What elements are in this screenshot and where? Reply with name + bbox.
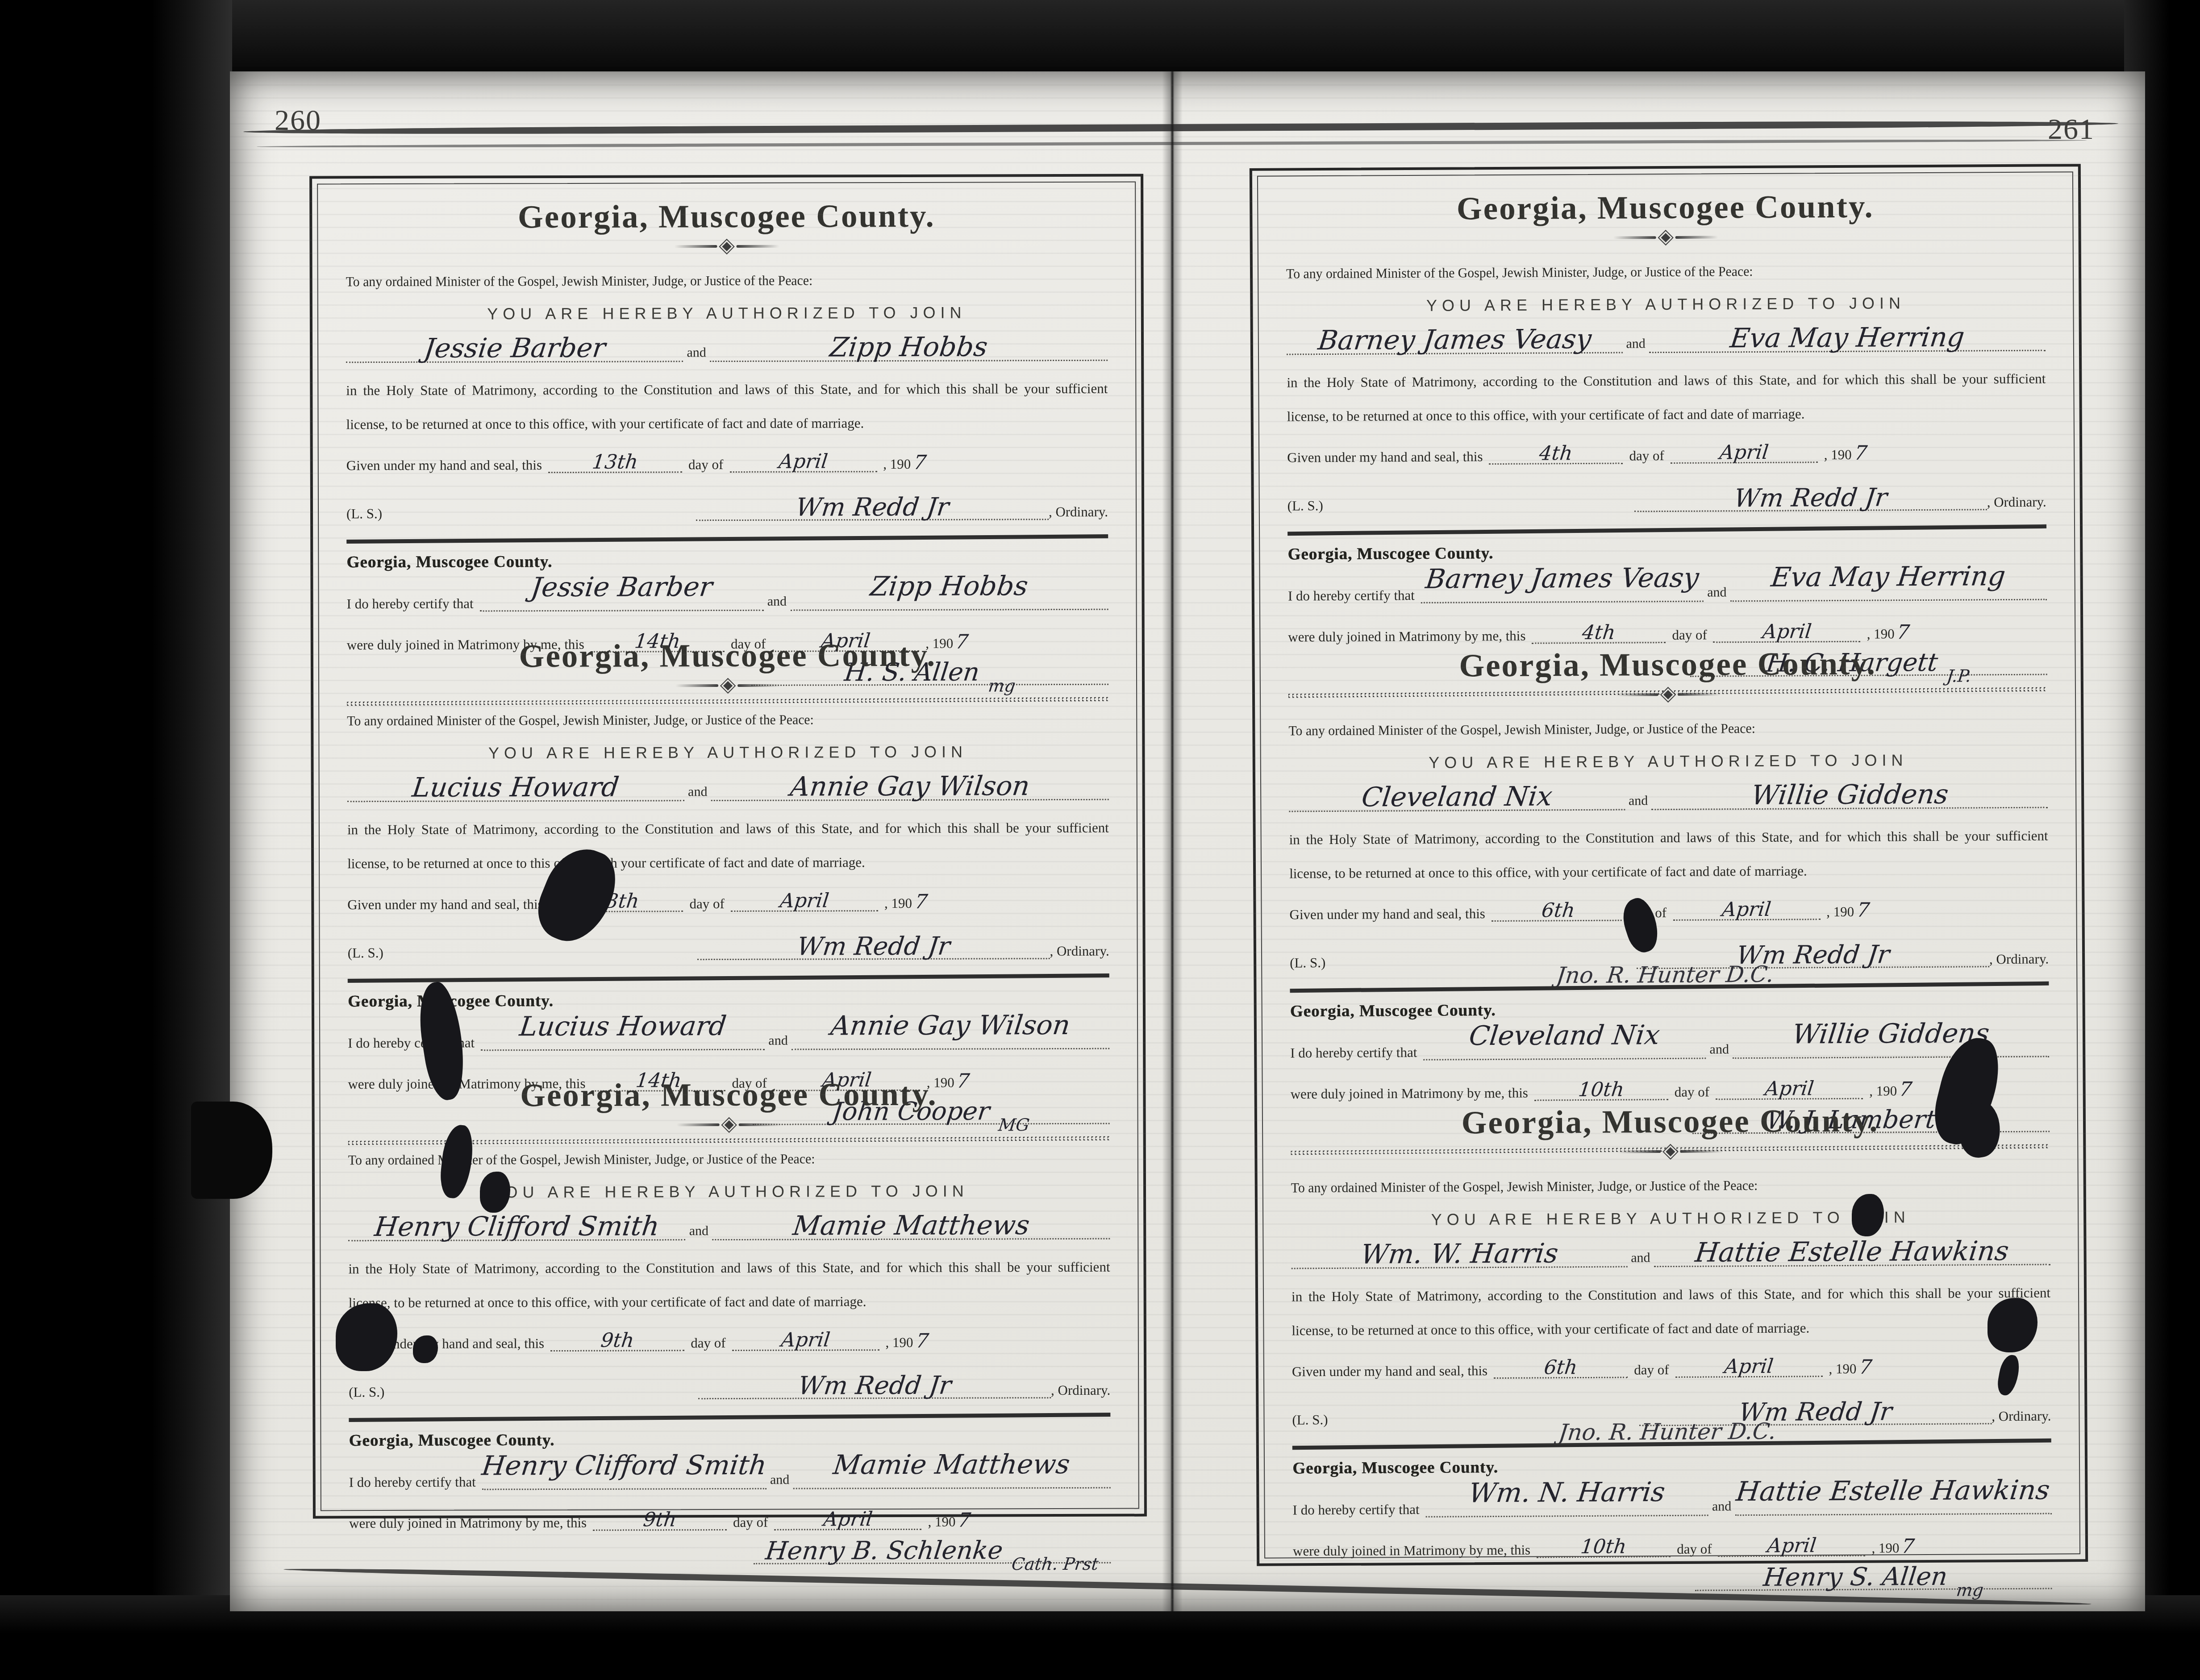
ornament-line-right	[738, 1123, 781, 1126]
marriage-record: Georgia, Muscogee County. To any ordaine…	[1286, 175, 2047, 636]
license-day: 13th	[591, 453, 639, 472]
ordinary-signature-wrap: Wm Redd Jr	[696, 495, 1049, 521]
minister-title: mg	[1955, 1582, 1984, 1598]
seal-label: (L. S.)	[1290, 955, 1325, 971]
scanned-register-page: 260 261 Georgia, Muscogee County. To any…	[0, 0, 2200, 1680]
deputy-clerk-signature: Jno. R. Hunter D.C.	[1558, 1421, 1777, 1443]
ordinary-label: , Ordinary.	[1050, 943, 1109, 959]
ornament-diamond	[722, 241, 731, 251]
and-label: and	[1629, 793, 1648, 808]
ordinary-signature: Wm Redd Jr	[797, 1374, 953, 1398]
bride-name: Mamie Matthews	[791, 1213, 1030, 1239]
license-date-row: Given under my hand and seal, this 6th d…	[1292, 1354, 2051, 1380]
marriage-record: Georgia, Muscogee County. To any ordaine…	[347, 624, 1110, 1065]
groom-name: Henry Clifford Smith	[373, 1214, 661, 1240]
certificate-band: Georgia, Muscogee County.	[1290, 998, 2049, 1021]
license-certificate-divider	[1287, 524, 2046, 536]
groom-name-field: Jessie Barber	[346, 324, 683, 363]
license-body-line2: license, to be returned at once to this …	[347, 854, 1109, 872]
ordinary-signature-field: Wm Redd Jr	[1634, 485, 1987, 512]
ornament-line-right	[1680, 1150, 1723, 1153]
license-year-digit: 7	[1858, 1358, 1873, 1377]
given-label: Given under my hand and seal, this	[1287, 449, 1483, 466]
license-month: April	[1719, 443, 1770, 462]
ordinary-signature-field: Wm Redd Jr	[696, 495, 1049, 521]
ornament-line-right	[1675, 236, 1718, 239]
given-label: Given under my hand and seal, this	[1289, 906, 1485, 923]
certificate-band: Georgia, Muscogee County.	[349, 1429, 1110, 1450]
certificate-bride-field: Eva May Herring	[1730, 580, 2047, 602]
license-day-field: 6th	[1494, 1356, 1628, 1379]
seal-signature-row: (L. S.) Wm Redd Jr , Ordinary.	[1287, 485, 2046, 514]
year-prefix-label: , 190	[883, 456, 911, 472]
certificate-date-row: were duly joined in Matrimony by me, thi…	[1293, 1533, 2052, 1559]
groom-name: Jessie Barber	[422, 336, 607, 362]
certificate-groom-name: Cleveland Nix	[1468, 1023, 1661, 1049]
authorization-line: YOU ARE HEREBY AUTHORIZED TO JOIN	[1289, 750, 2048, 773]
license-month: April	[780, 1331, 831, 1350]
bride-name-field: Hattie Estelle Hawkins	[1654, 1227, 2050, 1268]
groom-name-field: Barney James Veasy	[1287, 315, 1623, 355]
certificate-date-row: were duly joined in Matrimony by me, thi…	[349, 1507, 1111, 1531]
license-body-line1: in the Holy State of Matrimony, accordin…	[1287, 371, 2046, 391]
license-month: April	[778, 453, 829, 471]
certificate-groom-field: Wm. N. Harris	[1425, 1496, 1708, 1518]
minister-title: Cath. Prst	[1011, 1556, 1099, 1572]
license-day-field: 4th	[1489, 442, 1623, 465]
ordinary-signature: Wm Redd Jr	[794, 495, 950, 520]
certificate-year-digit: 7	[957, 1511, 972, 1530]
groom-name: Barney James Veasy	[1317, 327, 1592, 353]
given-label: Given under my hand and seal, this	[1292, 1363, 1487, 1380]
salutation-text: To any ordained Minister of the Gospel, …	[1288, 719, 2017, 739]
deputy-clerk-signature: Jno. R. Hunter D.C.	[1555, 964, 1775, 986]
ordinary-signature-wrap: Wm Redd Jr	[697, 934, 1050, 960]
certify-label: I do hereby certify that	[1290, 1044, 1417, 1061]
page-number-left: 260	[275, 104, 321, 137]
license-body-line1: in the Holy State of Matrimony, accordin…	[347, 820, 1109, 838]
license-month: April	[1721, 900, 1772, 919]
year-prefix-label: , 190	[1871, 1540, 1899, 1556]
page-261-content: Georgia, Muscogee County. To any ordaine…	[1257, 171, 2080, 1559]
ordinary-signature-field: Wm Redd Jr	[698, 1373, 1051, 1399]
bride-name-field: Willie Giddens	[1651, 770, 2048, 811]
certificate-groom-field: Lucius Howard	[481, 1030, 765, 1051]
and-label: and	[768, 1033, 787, 1048]
county-header: Georgia, Muscogee County.	[346, 185, 1107, 236]
certify-label: I do hereby certify that	[347, 595, 474, 612]
groom-name-field: Henry Clifford Smith	[348, 1202, 686, 1241]
salutation-text: To any ordained Minister of the Gospel, …	[1291, 1176, 2020, 1196]
license-names-row: Henry Clifford Smith and Mamie Matthews	[348, 1201, 1110, 1241]
page-261-box: Georgia, Muscogee County. To any ordaine…	[1250, 164, 2088, 1566]
certificate-names-row: I do hereby certify that Barney James Ve…	[1288, 580, 2047, 604]
groom-name-field: Cleveland Nix	[1289, 772, 1625, 812]
salutation-text: To any ordained Minister of the Gospel, …	[1286, 262, 2015, 282]
bride-name: Annie Gay Wilson	[789, 773, 1031, 799]
and-label: and	[1712, 1499, 1732, 1514]
page-260-content: Georgia, Muscogee County. To any ordaine…	[317, 182, 1139, 1511]
ornament-line-left	[1613, 236, 1656, 239]
seal-signature-row: (L. S.) Wm Redd Jr , Ordinary.	[349, 1373, 1110, 1400]
certificate-groom-name: Jessie Barber	[529, 574, 714, 600]
license-day: 9th	[600, 1331, 635, 1350]
marriage-record: Georgia, Muscogee County. To any ordaine…	[1288, 632, 2049, 1094]
license-body-line1: in the Holy State of Matrimony, accordin…	[1289, 828, 2048, 848]
certificate-names-row: I do hereby certify that Wm. N. Harris a…	[1292, 1494, 2051, 1518]
given-label: Given under my hand and seal, this	[347, 896, 543, 913]
header-ornament-icon	[1286, 232, 2045, 244]
ornament-line-left	[1615, 693, 1658, 696]
groom-name-field: Wm. W. Harris	[1291, 1229, 1627, 1269]
seal-label: (L. S.)	[348, 945, 383, 961]
minister-signature-field: Henry S. Allen mg	[1695, 1563, 2052, 1591]
ornament-line-right	[736, 245, 779, 248]
ordinary-label: , Ordinary.	[1987, 494, 2046, 511]
ordinary-signature-wrap: Wm Redd Jr	[1634, 485, 1987, 512]
certificate-day: 9th	[642, 1511, 678, 1530]
license-certificate-divider	[346, 534, 1108, 544]
certificate-bride-name: Eva May Herring	[1770, 564, 2007, 590]
ornament-line-left	[1618, 1150, 1661, 1153]
certificate-county-header: Georgia, Muscogee County.	[349, 1431, 554, 1450]
page-number-right: 261	[2048, 112, 2095, 146]
certificate-bride-name: Mamie Matthews	[832, 1452, 1071, 1478]
license-year-digit: 7	[1856, 901, 1871, 920]
license-names-row: Lucius Howard and Annie Gay Wilson	[347, 762, 1109, 802]
ordinary-signature-wrap: Wm Redd Jr	[698, 1373, 1051, 1399]
license-date-row: Given under my hand and seal, this 13th …	[347, 889, 1109, 913]
and-label: and	[1707, 585, 1727, 600]
ornament-line-right	[1677, 693, 1720, 696]
seal-signature-row: (L. S.) Wm Redd Jr , Ordinary.	[348, 934, 1109, 961]
license-month-field: April	[1671, 441, 1818, 464]
certificate-groom-name: Wm. N. Harris	[1467, 1480, 1667, 1506]
license-month-field: April	[729, 450, 877, 473]
certificate-band: Georgia, Muscogee County.	[348, 990, 1109, 1011]
license-day-field: 13th	[548, 450, 682, 473]
license-day-field: 6th	[1492, 899, 1625, 922]
scanner-background-top	[0, 0, 2200, 67]
and-label: and	[770, 1472, 789, 1488]
license-day: 6th	[1541, 901, 1576, 920]
marriage-record: Georgia, Muscogee County. To any ordaine…	[346, 185, 1108, 626]
license-names-row: Wm. W. Harris and Hattie Estelle Hawkins	[1291, 1227, 2050, 1269]
certificate-bride-field: Willie Giddens	[1733, 1037, 2050, 1059]
certificate-band: Georgia, Muscogee County.	[346, 551, 1108, 572]
seal-label: (L. S.)	[346, 506, 382, 522]
license-day: 4th	[1538, 444, 1574, 463]
authorization-line: YOU ARE HEREBY AUTHORIZED TO JOIN	[346, 303, 1108, 324]
authorization-line: YOU ARE HEREBY AUTHORIZED TO JOIN	[347, 742, 1108, 763]
and-label: and	[1631, 1250, 1650, 1265]
minister-signature-row: Henry S. Allen mg	[1293, 1563, 2052, 1593]
authorization-line: YOU ARE HEREBY AUTHORIZED TO JOIN	[1286, 293, 2045, 316]
groom-name: Lucius Howard	[411, 775, 621, 801]
header-ornament-icon	[346, 241, 1107, 251]
bride-name: Willie Giddens	[1750, 782, 1950, 808]
ornament-diamond	[724, 1120, 733, 1129]
certificate-groom-field: Jessie Barber	[480, 590, 764, 612]
certificate-bride-field: Annie Gay Wilson	[792, 1029, 1110, 1050]
license-body-line1: in the Holy State of Matrimony, accordin…	[346, 381, 1108, 399]
license-month: April	[1723, 1357, 1774, 1376]
certificate-day-field: 10th	[1537, 1535, 1671, 1558]
certificate-names-row: I do hereby certify that Jessie Barber a…	[347, 590, 1108, 612]
certificate-year-digit: 7	[1901, 1537, 1916, 1556]
ordinary-label: , Ordinary.	[1049, 504, 1108, 520]
and-label: and	[688, 784, 707, 799]
ornament-diamond	[1663, 690, 1672, 699]
ornament-line-right	[737, 684, 780, 687]
certificate-groom-field: Barney James Veasy	[1421, 582, 1704, 603]
certificate-month: April	[1766, 1536, 1817, 1555]
day-of-label: day of	[690, 896, 725, 912]
minister-signature-field: Henry B. Schlenke Cath. Prst	[754, 1537, 1111, 1564]
ordinary-signature: Wm Redd Jr	[796, 935, 951, 959]
day-of-label: day of	[688, 457, 723, 473]
page-260-box: Georgia, Muscogee County. To any ordaine…	[309, 174, 1147, 1519]
ornament-line-left	[674, 245, 717, 248]
day-of-label: day of	[733, 1514, 768, 1530]
year-prefix-label: , 190	[928, 1514, 955, 1530]
seal-label: (L. S.)	[1287, 498, 1323, 514]
license-body-line1: in the Holy State of Matrimony, accordin…	[1292, 1285, 2050, 1305]
certificate-names-row: I do hereby certify that Cleveland Nix a…	[1290, 1037, 2049, 1061]
certificate-bride-name: Zipp Hobbs	[869, 574, 1029, 599]
seal-signature-row: (L. S.) Wm Redd Jr Jno. R. Hunter D.C. ,…	[1290, 942, 2049, 971]
certificate-day: 10th	[1580, 1538, 1628, 1556]
header-ornament-icon	[1288, 689, 2047, 701]
license-month-field: April	[732, 1328, 879, 1351]
license-certificate-divider	[348, 973, 1109, 983]
county-header: Georgia, Muscogee County.	[1288, 632, 2047, 686]
ordinary-label: , Ordinary.	[1989, 951, 2049, 968]
certificate-groom-field: Cleveland Nix	[1423, 1039, 1706, 1060]
license-body-line2: license, to be returned at once to this …	[1289, 862, 2048, 882]
bride-name: Hattie Estelle Hawkins	[1694, 1239, 2010, 1266]
certificate-day-field: 9th	[593, 1508, 727, 1531]
seal-label: (L. S.)	[1292, 1412, 1328, 1428]
license-day-field: 9th	[550, 1329, 684, 1351]
binder-clip-artifact	[191, 1102, 272, 1199]
minister-signature: Henry S. Allen	[1762, 1565, 1949, 1589]
license-date-row: Given under my hand and seal, this 9th d…	[349, 1328, 1110, 1352]
certificate-groom-name: Lucius Howard	[518, 1014, 728, 1040]
minister-signature: Henry B. Schlenke	[764, 1539, 1004, 1563]
license-names-row: Cleveland Nix and Willie Giddens	[1289, 770, 2048, 812]
scanner-background-left	[0, 0, 232, 1680]
certificate-bride-name: Willie Giddens	[1791, 1021, 1991, 1047]
license-year-digit: 7	[915, 1332, 929, 1351]
certificate-month: April	[822, 1510, 873, 1529]
ordinary-signature: Wm Redd Jr	[1733, 486, 1888, 510]
certificate-groom-field: Henry Clifford Smith	[482, 1469, 767, 1490]
and-label: and	[1709, 1042, 1729, 1057]
license-names-row: Jessie Barber and Zipp Hobbs	[346, 323, 1108, 363]
bride-name-field: Annie Gay Wilson	[711, 762, 1109, 801]
certificate-bride-field: Zipp Hobbs	[790, 590, 1108, 611]
certify-label: I do hereby certify that	[1288, 587, 1415, 604]
bride-name: Eva May Herring	[1729, 325, 1966, 352]
seal-signature-row: (L. S.) Wm Redd Jr Jno. R. Hunter D.C. ,…	[1292, 1399, 2051, 1428]
certificate-band: Georgia, Muscogee County.	[1292, 1455, 2051, 1478]
license-day: 6th	[1543, 1358, 1579, 1377]
license-body-line2: license, to be returned at once to this …	[346, 415, 1108, 432]
bride-name: Zipp Hobbs	[829, 334, 989, 360]
license-body-line1: in the Holy State of Matrimony, accordin…	[348, 1259, 1110, 1277]
license-month-field: April	[1675, 1355, 1822, 1378]
joined-label: were duly joined in Matrimony by me, thi…	[349, 1515, 587, 1531]
license-date-row: Given under my hand and seal, this 4th d…	[1287, 440, 2046, 466]
and-label: and	[1626, 336, 1646, 351]
authorization-line: YOU ARE HEREBY AUTHORIZED TO JOIN	[1291, 1207, 2050, 1230]
certificate-groom-name: Barney James Veasy	[1424, 566, 1700, 592]
county-header: Georgia, Muscogee County.	[1286, 175, 2045, 229]
certify-label: I do hereby certify that	[349, 1474, 476, 1490]
certificate-month-field: April	[1718, 1534, 1865, 1557]
certificate-names-row: I do hereby certify that Henry Clifford …	[349, 1468, 1111, 1490]
groom-name: Wm. W. Harris	[1359, 1241, 1559, 1267]
certificate-band: Georgia, Muscogee County.	[1287, 541, 2046, 564]
book-spread: 260 261 Georgia, Muscogee County. To any…	[230, 71, 2145, 1611]
license-year-digit: 7	[912, 453, 927, 472]
certificate-county-header: Georgia, Muscogee County.	[1287, 544, 1493, 563]
license-month-field: April	[731, 889, 878, 912]
salutation-text: To any ordained Minister of the Gospel, …	[346, 272, 1077, 290]
certificate-bride-field: Mamie Matthews	[793, 1468, 1111, 1489]
and-label: and	[767, 594, 787, 609]
given-label: Given under my hand and seal, this	[346, 457, 542, 474]
joined-label: were duly joined in Matrimony by me, thi…	[1293, 1542, 1530, 1559]
certificate-bride-field: Hattie Estelle Hawkins	[1735, 1494, 2052, 1516]
year-prefix-label: , 190	[1829, 1361, 1856, 1377]
day-of-label: day of	[691, 1335, 725, 1351]
license-body-line2: license, to be returned at once to this …	[1292, 1319, 2050, 1339]
day-of-label: day of	[1629, 448, 1664, 464]
license-month-field: April	[1673, 898, 1820, 921]
license-date-row: Given under my hand and seal, this 13th …	[346, 449, 1108, 474]
ornament-line-left	[675, 684, 718, 687]
license-year-digit: 7	[913, 893, 928, 911]
bride-name-field: Mamie Matthews	[712, 1201, 1110, 1240]
day-of-label: day of	[1677, 1541, 1712, 1557]
book-gutter	[1162, 71, 1183, 1611]
and-label: and	[689, 1223, 708, 1239]
header-ornament-icon	[1291, 1146, 2050, 1158]
ordinary-signature-wrap: Wm Redd Jr Jno. R. Hunter D.C.	[1637, 942, 1989, 969]
ornament-line-left	[676, 1123, 719, 1126]
minister-signature-row: Henry B. Schlenke Cath. Prst	[349, 1537, 1111, 1565]
seal-signature-row: (L. S.) Wm Redd Jr , Ordinary.	[346, 495, 1108, 522]
ordinary-label: , Ordinary.	[1051, 1382, 1110, 1398]
certificate-groom-name: Henry Clifford Smith	[480, 1453, 768, 1479]
ordinary-signature-field: Wm Redd Jr	[697, 934, 1050, 960]
year-prefix-label: , 190	[885, 1335, 913, 1351]
certificate-county-header: Georgia, Muscogee County.	[1292, 1458, 1498, 1477]
year-prefix-label: , 190	[1826, 904, 1854, 920]
county-header: Georgia, Muscogee County.	[347, 624, 1108, 675]
license-certificate-divider	[349, 1413, 1110, 1422]
certificate-month-field: April	[774, 1508, 921, 1530]
certificate-county-header: Georgia, Muscogee County.	[1290, 1001, 1496, 1020]
license-body-line2: license, to be returned at once to this …	[1287, 405, 2046, 425]
ordinary-label: , Ordinary.	[1992, 1408, 2051, 1425]
bride-name-field: Eva May Herring	[1649, 313, 2046, 353]
certificate-county-header: Georgia, Muscogee County.	[346, 553, 552, 571]
ornament-diamond	[1666, 1147, 1675, 1156]
groom-name-field: Lucius Howard	[347, 763, 685, 802]
license-names-row: Barney James Veasy and Eva May Herring	[1287, 313, 2046, 355]
day-of-label: day of	[1634, 1362, 1669, 1378]
header-ornament-icon	[347, 681, 1108, 690]
salutation-text: To any ordained Minister of the Gospel, …	[347, 711, 1078, 729]
year-prefix-label: , 190	[1824, 447, 1852, 463]
ornament-diamond	[1661, 233, 1670, 242]
ordinary-signature-wrap: Wm Redd Jr Jno. R. Hunter D.C.	[1639, 1399, 1992, 1426]
certify-label: I do hereby certify that	[1292, 1501, 1419, 1518]
and-label: and	[687, 345, 706, 360]
ornament-diamond	[723, 681, 732, 690]
groom-name: Cleveland Nix	[1360, 784, 1554, 810]
license-date-row: Given under my hand and seal, this 6th d…	[1289, 897, 2048, 923]
marriage-record: Georgia, Muscogee County. To any ordaine…	[1291, 1090, 2052, 1551]
bride-name-field: Zipp Hobbs	[710, 323, 1108, 362]
certificate-bride-name: Hattie Estelle Hawkins	[1735, 1478, 2051, 1505]
license-body-line2: license, to be returned at once to this …	[349, 1293, 1110, 1311]
seal-label: (L. S.)	[349, 1384, 384, 1400]
certificate-bride-name: Annie Gay Wilson	[829, 1013, 1071, 1039]
year-prefix-label: , 190	[884, 895, 912, 911]
license-year-digit: 7	[1853, 444, 1868, 463]
license-month: April	[779, 892, 830, 911]
